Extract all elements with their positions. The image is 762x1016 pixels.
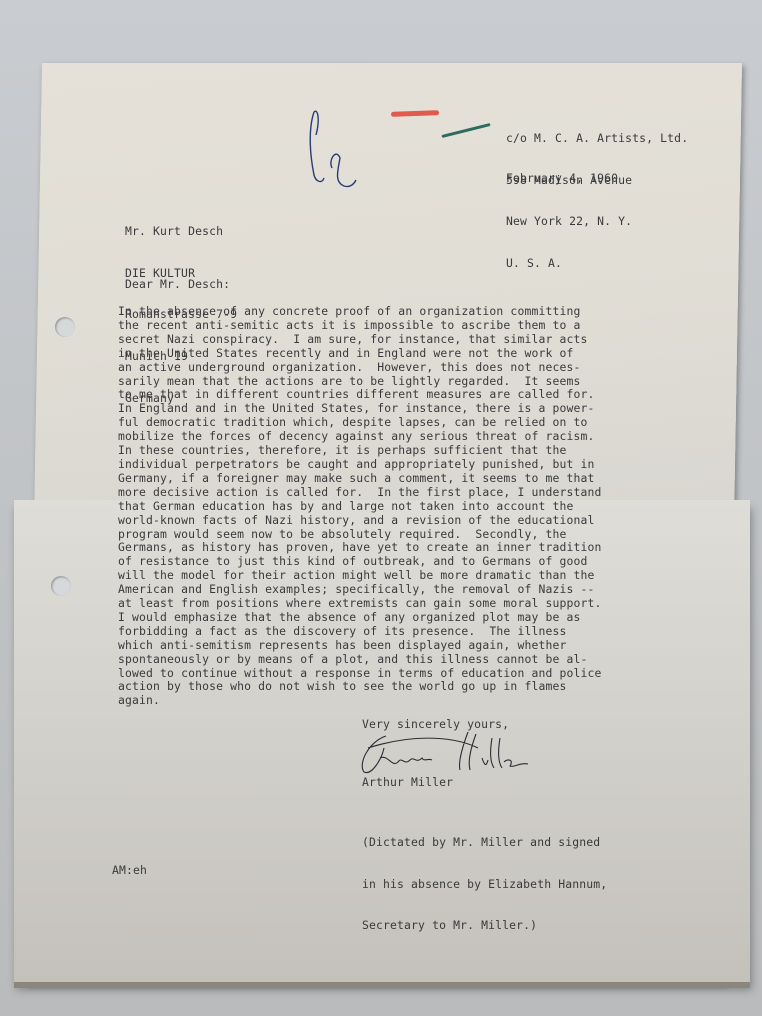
punch-hole-bottom (51, 576, 71, 596)
body-line: at least from positions where extremists… (118, 597, 602, 611)
body-line: an active underground organization. Howe… (118, 361, 602, 375)
body-line: which anti-semitism represents has been … (118, 639, 602, 653)
body-line: Germans, as history has proven, have yet… (118, 541, 602, 555)
body-line: mobilize the forces of decency against a… (118, 430, 602, 444)
sender-address-line: U. S. A. (506, 257, 688, 271)
handwritten-initials (300, 100, 360, 190)
body-line: more decisive action is called for. In t… (118, 486, 602, 500)
body-line: ful democratic tradition which, despite … (118, 416, 602, 430)
body-line: world-known facts of Nazi history, and a… (118, 514, 602, 528)
body-line: that German education has by and large n… (118, 500, 602, 514)
body-line: In the absence of any concrete proof of … (118, 305, 602, 319)
letter-date: February 4, 1960 (506, 172, 618, 186)
body-line: of resistance to just this kind of outbr… (118, 555, 602, 569)
body-line: lowed to continue without a response in … (118, 667, 602, 681)
body-line: Germany, if a foreigner may make such a … (118, 472, 602, 486)
body-line: I would emphasize that the absence of an… (118, 611, 602, 625)
body-line: spontaneously or by means of a plot, and… (118, 653, 602, 667)
signature (358, 728, 538, 778)
body-line: In these countries, therefore, it is per… (118, 444, 602, 458)
reference-initials: AM:eh (112, 864, 147, 878)
body-line: sarily mean that the actions are to be l… (118, 375, 602, 389)
salutation: Dear Mr. Desch: (125, 278, 230, 292)
dictation-note-line: (Dictated by Mr. Miller and signed (362, 836, 607, 850)
letter-body: In the absence of any concrete proof of … (118, 305, 602, 708)
sender-address: c/o M. C. A. Artists, Ltd. 598 Madison A… (506, 104, 688, 285)
body-line: American and English examples; specifica… (118, 583, 602, 597)
body-line: action by those who do not wish to see t… (118, 680, 602, 694)
dictation-note-line: Secretary to Mr. Miller.) (362, 919, 607, 933)
body-line: to me that in different countries differ… (118, 388, 602, 402)
body-line: program would seem now to be absolutely … (118, 528, 602, 542)
body-line: secret Nazi conspiracy. I am sure, for i… (118, 333, 602, 347)
dictation-note-line: in his absence by Elizabeth Hannum, (362, 878, 607, 892)
body-line: the recent anti-semitic acts it is impos… (118, 319, 602, 333)
body-line: forbidding a fact as the discovery of it… (118, 625, 602, 639)
typed-signature-name: Arthur Miller (362, 776, 453, 790)
punch-hole-top (55, 317, 75, 337)
body-line: in the United States recently and in Eng… (118, 347, 602, 361)
sender-address-line: New York 22, N. Y. (506, 215, 688, 229)
sender-address-line: c/o M. C. A. Artists, Ltd. (506, 132, 688, 146)
body-line: again. (118, 694, 602, 708)
recipient-line: Mr. Kurt Desch (125, 225, 237, 239)
dictation-note: (Dictated by Mr. Miller and signed in hi… (362, 808, 607, 947)
body-line: In England and in the United States, for… (118, 402, 602, 416)
body-line: individual perpetrators be caught and ap… (118, 458, 602, 472)
body-line: will the model for their action might we… (118, 569, 602, 583)
